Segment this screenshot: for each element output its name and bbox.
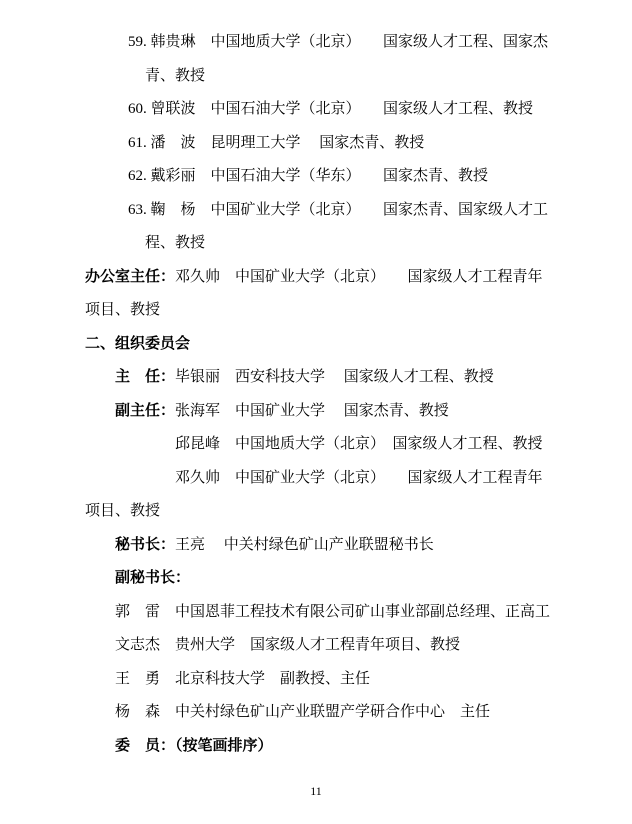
chair-line: 主 任：毕银丽 西安科技大学 国家级人才工程、教授 — [0, 361, 632, 395]
office-director-label: 办公室主任： — [85, 269, 175, 285]
member-text: 青、教授 — [145, 68, 205, 84]
members-label: 委 员：（按笔画排序） — [115, 738, 273, 754]
deputy-sg-member-guo-lei: 郭 雷 中国恩菲工程技术有限公司矿山事业部副总经理、正高工 — [0, 596, 632, 630]
document-page: 59. 韩贵琳 中国地质大学（北京） 国家级人才工程、国家杰 青、教授 60. … — [0, 0, 632, 824]
office-director-text: 项目、教授 — [85, 302, 160, 318]
office-director-line-2: 项目、教授 — [0, 294, 632, 328]
vice-chair-label: 副主任： — [115, 403, 175, 419]
chair-label: 主 任： — [115, 369, 175, 385]
member-text: 63. 鞠 杨 中国矿业大学（北京） 国家杰青、国家级人才工 — [128, 202, 548, 218]
member-60-line: 60. 曾联波 中国石油大学（北京） 国家级人才工程、教授 — [0, 93, 632, 127]
deputy-secretary-general-label-line: 副秘书长： — [0, 562, 632, 596]
member-63-line-2: 程、教授 — [0, 227, 632, 261]
member-text: 程、教授 — [145, 235, 205, 251]
vice-chair-line-1: 副主任：张海军 中国矿业大学 国家杰青、教授 — [0, 395, 632, 429]
deputy-sg-member-wen-zhijie: 文志杰 贵州大学 国家级人才工程青年项目、教授 — [0, 629, 632, 663]
vice-chair-text: 项目、教授 — [85, 503, 160, 519]
member-text: 王 勇 北京科技大学 副教授、主任 — [115, 671, 370, 687]
vice-chair-text: 张海军 中国矿业大学 国家杰青、教授 — [175, 403, 449, 419]
member-62-line: 62. 戴彩丽 中国石油大学（华东） 国家杰青、教授 — [0, 160, 632, 194]
member-text: 杨 森 中关村绿色矿山产业联盟产学研合作中心 主任 — [115, 704, 490, 720]
vice-chair-line-3: 邓久帅 中国矿业大学（北京） 国家级人才工程青年 — [0, 462, 632, 496]
member-63-line-1: 63. 鞠 杨 中国矿业大学（北京） 国家杰青、国家级人才工 — [0, 194, 632, 228]
member-59-line-2: 青、教授 — [0, 60, 632, 94]
member-61-line: 61. 潘 波 昆明理工大学 国家杰青、教授 — [0, 127, 632, 161]
member-text: 60. 曾联波 中国石油大学（北京） 国家级人才工程、教授 — [128, 101, 533, 117]
member-59-line-1: 59. 韩贵琳 中国地质大学（北京） 国家级人才工程、国家杰 — [0, 26, 632, 60]
deputy-secretary-general-label: 副秘书长： — [115, 570, 190, 586]
secretary-general-label: 秘书长： — [115, 537, 175, 553]
vice-chair-line-2: 邱昆峰 中国地质大学（北京） 国家级人才工程、教授 — [0, 428, 632, 462]
member-text: 62. 戴彩丽 中国石油大学（华东） 国家杰青、教授 — [128, 168, 488, 184]
chair-text: 毕银丽 西安科技大学 国家级人才工程、教授 — [175, 369, 494, 385]
deputy-sg-member-wang-yong: 王 勇 北京科技大学 副教授、主任 — [0, 663, 632, 697]
office-director-text: 邓久帅 中国矿业大学（北京） 国家级人才工程青年 — [175, 269, 543, 285]
section-heading-organizing-committee: 二、组织委员会 — [0, 328, 632, 362]
deputy-sg-member-yang-sen: 杨 森 中关村绿色矿山产业联盟产学研合作中心 主任 — [0, 696, 632, 730]
vice-chair-line-4: 项目、教授 — [0, 495, 632, 529]
member-text: 59. 韩贵琳 中国地质大学（北京） 国家级人才工程、国家杰 — [128, 34, 548, 50]
member-text: 61. 潘 波 昆明理工大学 国家杰青、教授 — [128, 135, 424, 151]
section-heading-text: 二、组织委员会 — [85, 336, 190, 352]
member-text: 郭 雷 中国恩菲工程技术有限公司矿山事业部副总经理、正高工 — [115, 604, 550, 620]
document-body: 59. 韩贵琳 中国地质大学（北京） 国家级人才工程、国家杰 青、教授 60. … — [0, 26, 632, 763]
secretary-general-text: 王亮 中关村绿色矿山产业联盟秘书长 — [175, 537, 434, 553]
vice-chair-text: 邓久帅 中国矿业大学（北京） 国家级人才工程青年 — [175, 470, 543, 486]
secretary-general-line: 秘书长：王亮 中关村绿色矿山产业联盟秘书长 — [0, 529, 632, 563]
members-label-line: 委 员：（按笔画排序） — [0, 730, 632, 764]
member-text: 文志杰 贵州大学 国家级人才工程青年项目、教授 — [115, 637, 460, 653]
vice-chair-text: 邱昆峰 中国地质大学（北京） 国家级人才工程、教授 — [175, 436, 543, 452]
office-director-line-1: 办公室主任：邓久帅 中国矿业大学（北京） 国家级人才工程青年 — [0, 261, 632, 295]
page-number: 11 — [0, 783, 632, 799]
